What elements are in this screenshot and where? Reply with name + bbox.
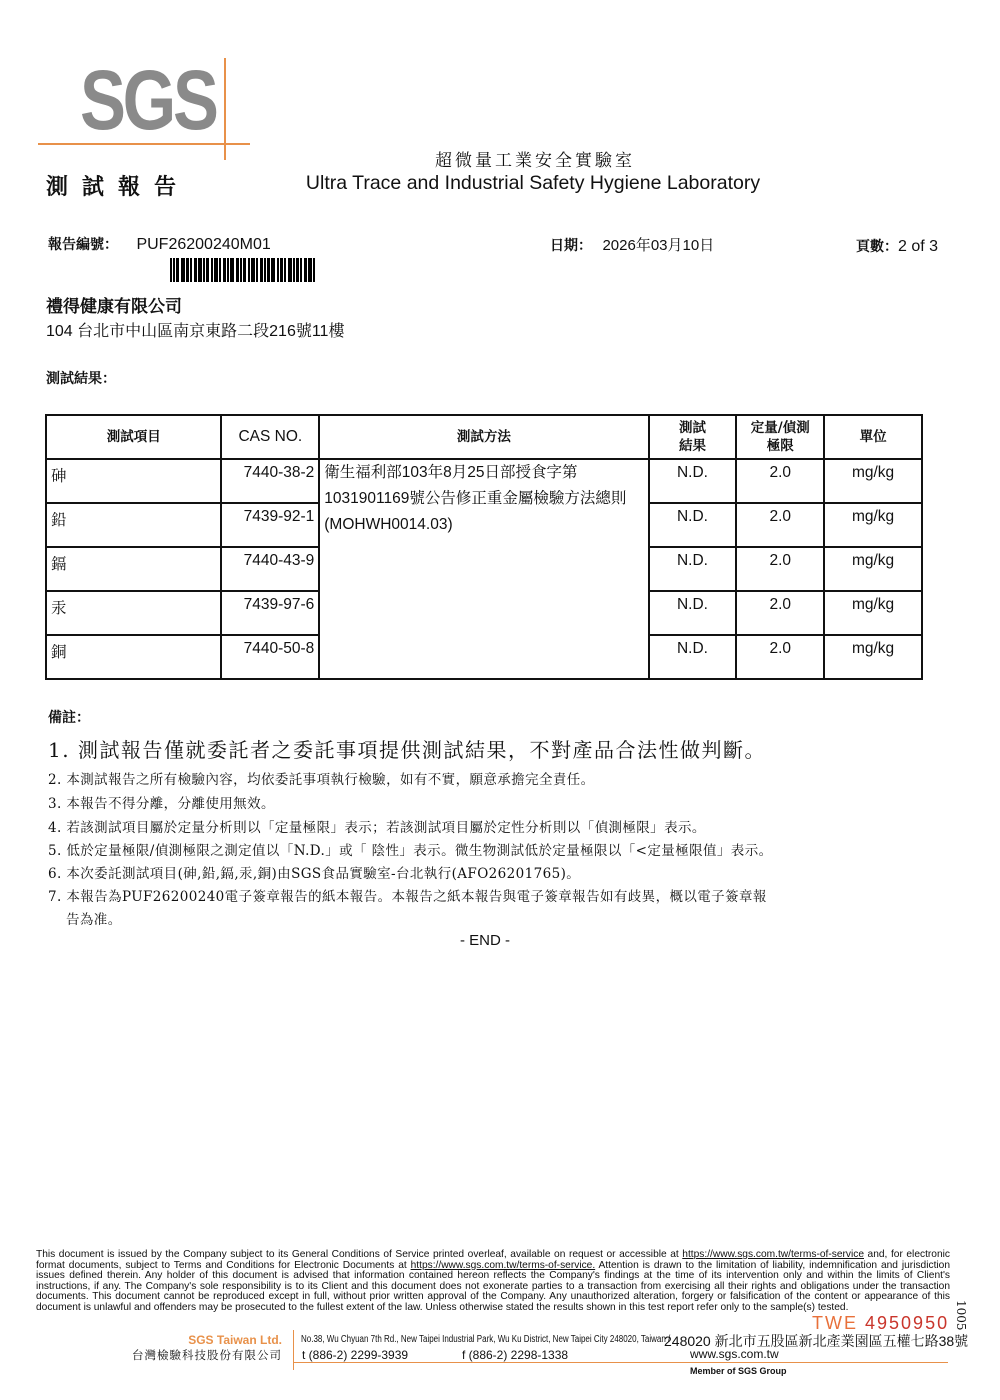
disclaimer-text-1: This document is issued by the Company s… [36,1249,682,1260]
note-3: 3. 本報告不得分離，分離使用無效。 [48,792,275,812]
sgs-logo: SGS [80,58,216,142]
header-item: 測試項目 [46,415,221,459]
cell-unit: mg/kg [824,459,922,503]
page-label: 頁數： [856,239,898,255]
cell-item: 汞 [46,591,221,635]
lab-name-english: Ultra Trace and Industrial Safety Hygien… [258,172,808,195]
note-1: 1. 測試報告僅就委託者之委託事項提供測試結果，不對產品合法性做判斷。 [48,734,766,763]
serial-prefix: TWE [812,1313,858,1333]
cell-limit: 2.0 [736,635,824,679]
cell-result: N.D. [649,503,737,547]
logo-horizontal-rule [38,143,250,145]
terms-link-electronic[interactable]: https://www.sgs.com.tw/terms-of-service. [411,1260,596,1271]
company-name-en: SGS Taiwan Ltd. [150,1333,282,1347]
cell-cas: 7440-50-8 [221,635,319,679]
cell-limit: 2.0 [736,503,824,547]
end-marker: - END - [0,932,970,949]
page-value: 2 of 3 [898,238,938,255]
serial-digits: 4950950 [865,1313,949,1333]
cell-unit: mg/kg [824,503,922,547]
cell-result: N.D. [649,459,737,503]
cell-unit: mg/kg [824,635,922,679]
logo-vertical-rule [224,58,226,160]
lab-name-chinese: 超微量工業安全實驗室 [260,146,810,171]
report-number-value: PUF26200240M01 [136,236,270,253]
client-address: 104 台北市中山區南京東路二段216號11樓 [46,318,344,341]
header-limit: 定量/偵測極限 [736,415,824,459]
page-count: 頁數：2 of 3 [856,236,938,256]
side-code: 1005 [954,1300,968,1331]
date-label: 日期： [550,238,592,254]
cell-cas: 7439-92-1 [221,503,319,547]
results-label: 測試結果： [46,368,116,388]
note-7: 7. 本報告為PUF26200240電子簽章報告的紙本報告。本報告之紙本報告與電… [48,885,767,905]
note-5: 5. 低於定量極限/偵測極限之測定值以「N.D.」或「 陰性」表示。微生物測試低… [48,839,773,859]
footer-divider-horizontal [293,1362,948,1363]
date-value: 2026年03月10日 [602,237,714,254]
report-number-label: 報告編號： [48,237,118,253]
cell-item: 砷 [46,459,221,503]
cell-limit: 2.0 [736,591,824,635]
website[interactable]: www.sgs.com.tw [690,1347,779,1361]
note-7-continued: 告為准。 [66,908,122,928]
cell-result: N.D. [649,635,737,679]
barcode [170,258,484,282]
legal-disclaimer: This document is issued by the Company s… [36,1250,950,1314]
report-number: 報告編號： PUF26200240M01 [48,234,271,254]
note-4: 4. 若該測試項目屬於定量分析則以「定量極限」表示；若該測試項目屬於定性分析則以… [48,816,706,836]
header-cas: CAS NO. [221,415,319,459]
header-method: 測試方法 [319,415,648,459]
footer-divider-vertical [293,1330,294,1370]
telephone: t (886-2) 2299-3939 [302,1348,408,1362]
header-unit: 單位 [824,415,922,459]
notes-title: 備註： [48,707,90,727]
document-title: 測試報告 [46,170,190,201]
fax: f (886-2) 2298-1338 [462,1348,568,1362]
cell-result: N.D. [649,591,737,635]
note-6: 6. 本次委託測試項目(砷,鉛,鎘,汞,銅)由SGS食品實驗室-台北執行(AFO… [48,862,580,882]
table-row: 砷7440-38-2衛生福利部103年8月25日部授食字第1031901169號… [46,459,922,503]
cell-cas: 7440-43-9 [221,547,319,591]
table-header-row: 測試項目 CAS NO. 測試方法 測試結果 定量/偵測極限 單位 [46,415,922,459]
cell-unit: mg/kg [824,591,922,635]
note-2: 2. 本測試報告之所有檢驗內容，均依委託事項執行檢驗，如有不實，願意承擔完全責任… [48,768,595,788]
cell-cas: 7440-38-2 [221,459,319,503]
cell-result: N.D. [649,547,737,591]
client-name: 禮得健康有限公司 [46,292,182,317]
company-address-en: No.38, Wu Chyuan 7th Rd., New Taipei Ind… [301,1334,670,1345]
terms-link[interactable]: https://www.sgs.com.tw/terms-of-service [682,1249,864,1260]
cell-item: 銅 [46,635,221,679]
cell-item: 鎘 [46,547,221,591]
cell-item: 鉛 [46,503,221,547]
member-of-group: Member of SGS Group [690,1366,787,1376]
header-result: 測試結果 [649,415,737,459]
cell-limit: 2.0 [736,547,824,591]
results-table: 測試項目 CAS NO. 測試方法 測試結果 定量/偵測極限 單位 砷7440-… [45,414,923,680]
company-name-cn: 台灣檢驗科技股份有限公司 [120,1347,282,1363]
report-date: 日期： 2026年03月10日 [550,234,714,255]
cell-unit: mg/kg [824,547,922,591]
cell-limit: 2.0 [736,459,824,503]
cell-cas: 7439-97-6 [221,591,319,635]
cell-method: 衛生福利部103年8月25日部授食字第1031901169號公告修正重金屬檢驗方… [319,459,648,679]
